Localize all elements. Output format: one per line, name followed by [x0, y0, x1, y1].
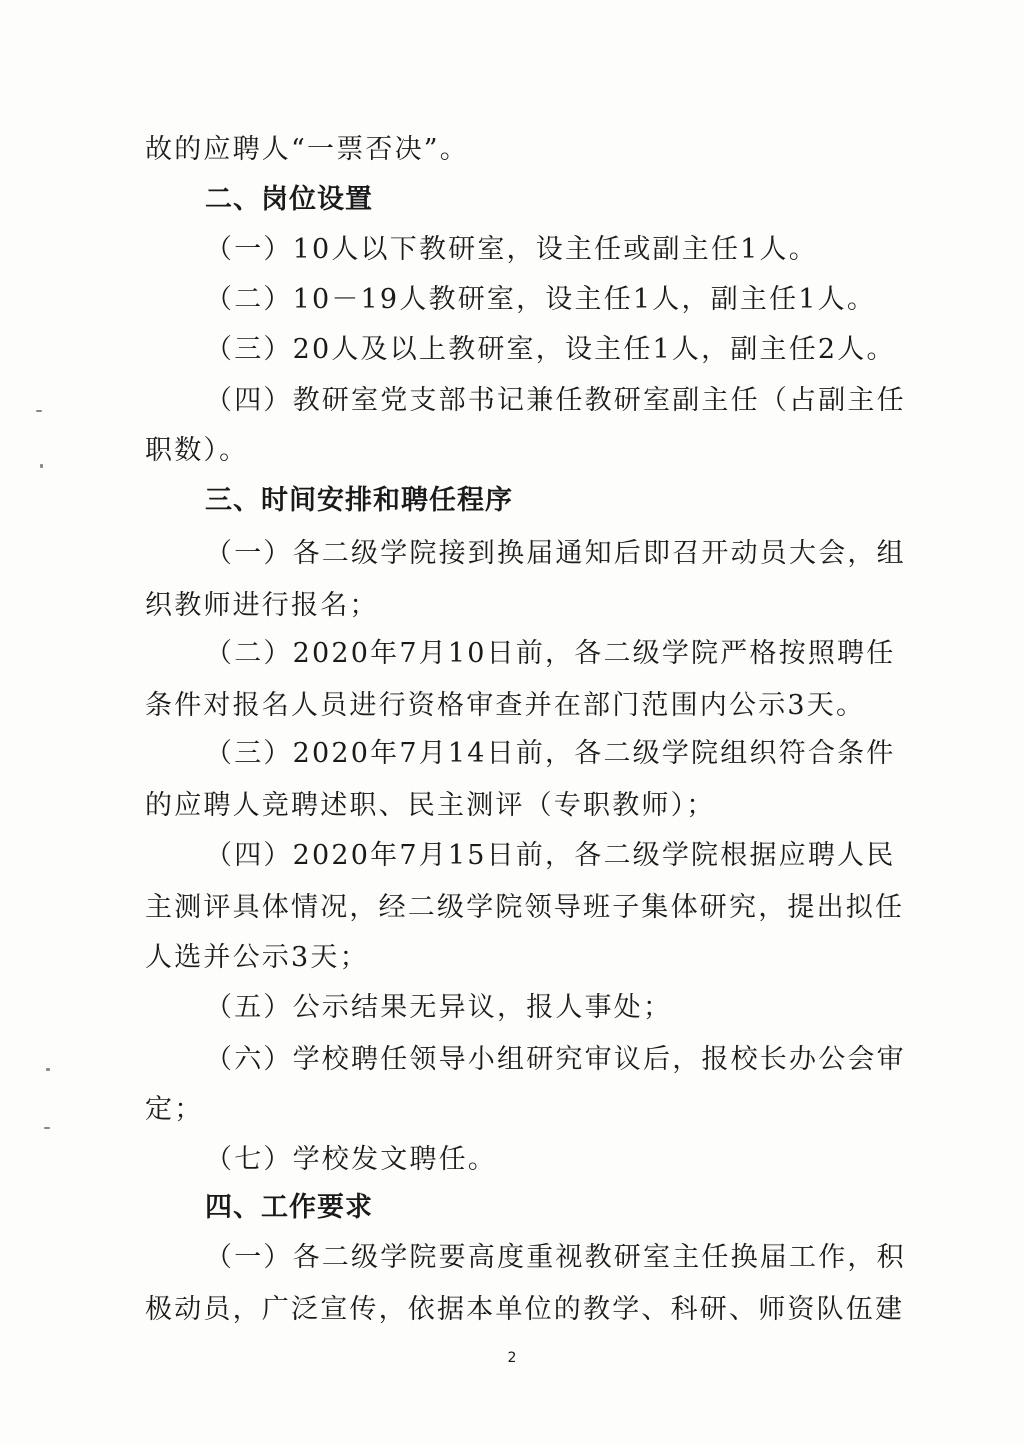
text-line: 条件对报名人员进行资格审查并在部门范围内公示3天。: [145, 686, 870, 726]
text-line: （七）学校发文聘任。: [205, 1140, 870, 1180]
text-line: （三）2020年7月14日前，各二级学院组织符合条件: [205, 734, 870, 774]
text-line: 职数）。: [145, 431, 870, 471]
text-line: （二）2020年7月10日前，各二级学院严格按照聘任: [205, 634, 870, 674]
text-line: 故的应聘人“一票否决”。: [145, 130, 870, 170]
document-page: 故的应聘人“一票否决”。二、岗位设置（一）10人以下教研室，设主任或副主任1人。…: [0, 0, 1024, 1445]
text-line: （三）20人及以上教研室，设主任1人，副主任2人。: [205, 330, 870, 370]
scan-speck: [40, 464, 43, 468]
text-line: 极动员，广泛宣传，依据本单位的教学、科研、师资队伍建: [145, 1290, 870, 1330]
text-line: （一）各二级学院要高度重视教研室主任换届工作，积: [205, 1238, 870, 1278]
section-heading: 二、岗位设置: [205, 180, 870, 220]
scan-speck: [44, 1127, 50, 1129]
text-line: （一）各二级学院接到换届通知后即召开动员大会，组: [205, 534, 870, 574]
text-line: 定；: [145, 1090, 870, 1130]
page-number: 2: [500, 1350, 524, 1366]
text-line: （五）公示结果无异议，报人事处；: [205, 988, 870, 1028]
text-line: 人选并公示3天；: [145, 938, 870, 978]
text-line: （四）教研室党支部书记兼任教研室副主任（占副主任: [205, 381, 870, 421]
text-line: 主测评具体情况，经二级学院领导班子集体研究，提出拟任: [145, 888, 870, 928]
scan-speck: [46, 1068, 50, 1071]
text-line: （六）学校聘任领导小组研究审议后，报校长办公会审: [205, 1040, 870, 1080]
section-heading: 三、时间安排和聘任程序: [205, 481, 870, 521]
text-line: 的应聘人竞聘述职、民主测评（专职教师）；: [145, 786, 870, 826]
text-line: （四）2020年7月15日前，各二级学院根据应聘人民: [205, 836, 870, 876]
text-line: 织教师进行报名；: [145, 586, 870, 626]
section-heading: 四、工作要求: [205, 1188, 870, 1228]
text-line: （一）10人以下教研室，设主任或副主任1人。: [205, 230, 870, 270]
scan-speck: [36, 410, 42, 412]
text-line: （二）10－19人教研室，设主任1人，副主任1人。: [205, 280, 870, 320]
